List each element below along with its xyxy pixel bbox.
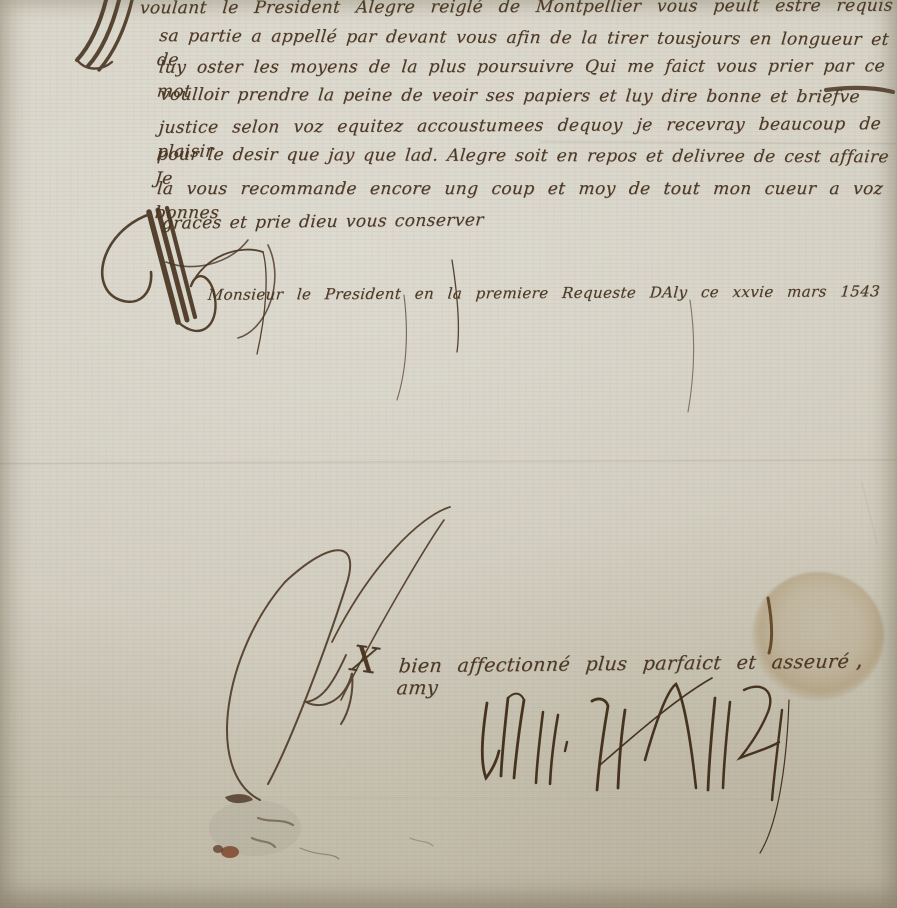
- line8-flourish: [166, 240, 248, 267]
- fold-crease: [861, 482, 879, 545]
- address-descender: [688, 300, 694, 412]
- letter-line-4: voulloir prendre la peine de veoir ses p…: [159, 83, 861, 109]
- closing-prefix-glyph: X: [349, 638, 380, 682]
- address-date-line: Monsieur le President en la premiere Req…: [207, 282, 881, 304]
- closing-line: bien affectionné plus parfaict et asseur…: [396, 651, 851, 700]
- signature-flourish: [482, 678, 789, 853]
- address-descender: [397, 295, 406, 400]
- ink-smudges: [209, 794, 433, 859]
- opening-monogram-flourish: [77, 0, 132, 70]
- central-paraph-flourish: [227, 507, 450, 800]
- manuscript-page: voulant le President Alegre reiglé de Mo…: [0, 0, 897, 908]
- stain-mark: [768, 598, 772, 653]
- letter-line-8: graces et prie dieu vous conserver: [161, 208, 485, 235]
- fold-crease: [0, 795, 897, 800]
- closing-end-mark: ’: [855, 662, 862, 687]
- letter-line-1: voulant le President Alegre reiglé de Mo…: [139, 0, 894, 20]
- fold-crease: [0, 458, 897, 465]
